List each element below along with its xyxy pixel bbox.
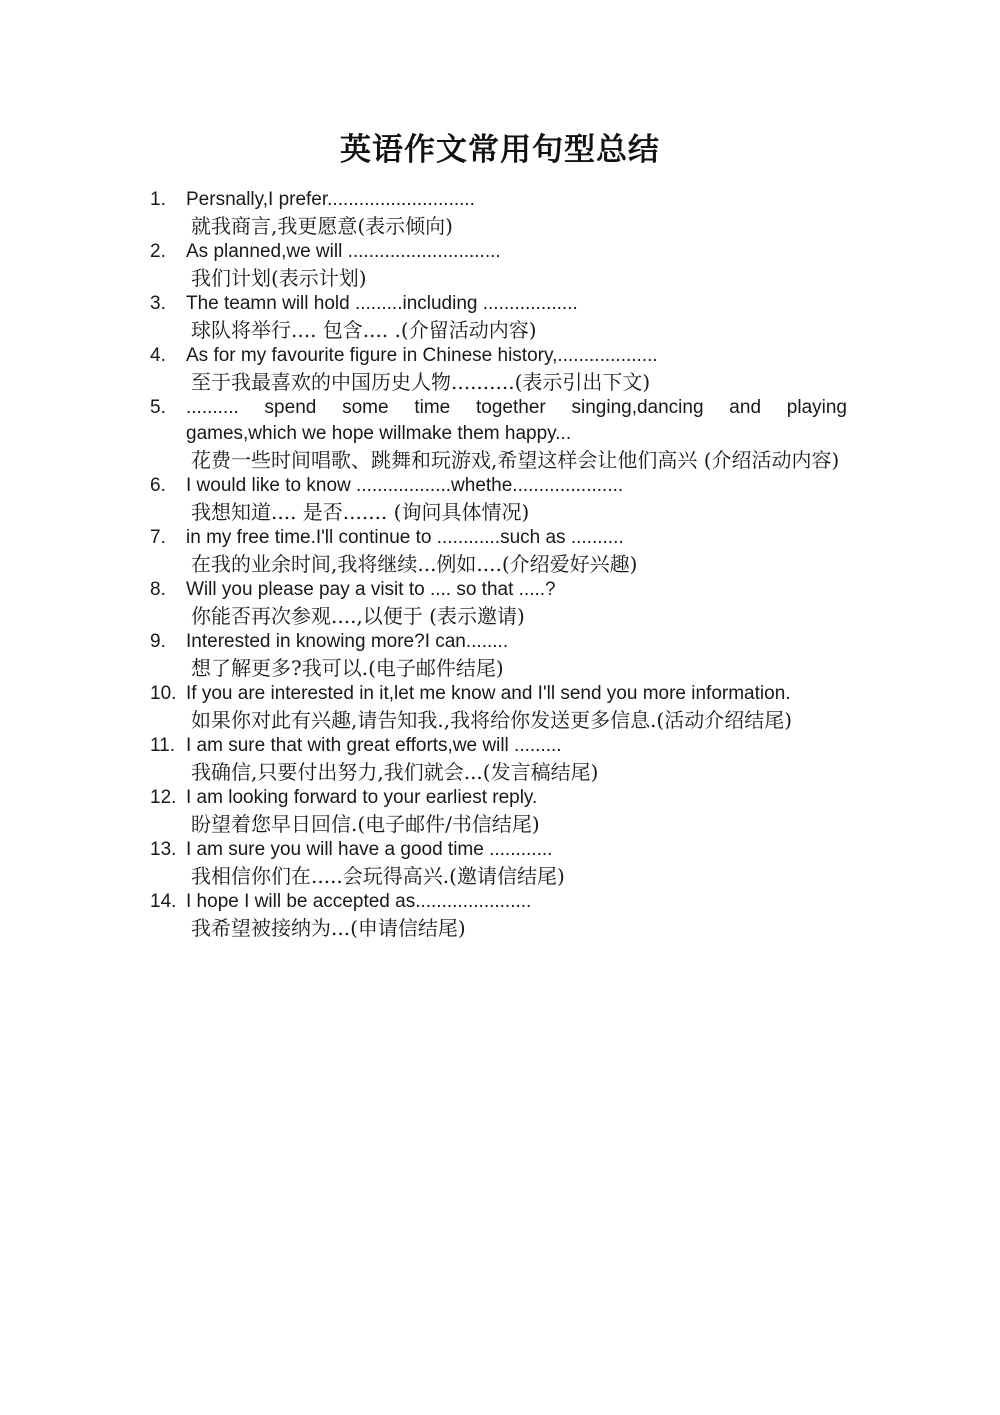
chinese-line: 你能否再次参观....,以便于 (表示邀请) [186, 603, 847, 629]
english-line: I am sure that with great efforts,we wil… [186, 733, 847, 759]
item-content: I am sure you will have a good time ....… [186, 837, 847, 889]
list-item: 11. I am sure that with great efforts,we… [150, 733, 850, 785]
item-content: I would like to know ..................w… [186, 473, 847, 525]
chinese-line: 我希望被接纳为...(申请信结尾) [186, 915, 847, 941]
list-item: 6. I would like to know ................… [150, 473, 850, 525]
english-line: I hope I will be accepted as............… [186, 889, 847, 915]
item-content: in my free time.I'll continue to .......… [186, 525, 847, 577]
english-line: in my free time.I'll continue to .......… [186, 525, 847, 551]
list-item: 12. I am looking forward to your earlies… [150, 785, 850, 837]
item-number: 8. [150, 577, 186, 603]
chinese-line: 就我商言,我更愿意(表示倾向) [186, 213, 847, 239]
english-line: The teamn will hold .........including .… [186, 291, 847, 317]
chinese-line: 我想知道.... 是否....... (询问具体情况) [186, 499, 847, 525]
item-content: Interested in knowing more?I can........… [186, 629, 847, 681]
item-content: .......... spend some time together sing… [186, 395, 847, 473]
item-content: I am looking forward to your earliest re… [186, 785, 847, 837]
chinese-line: 盼望着您早日回信.(电子邮件/书信结尾) [186, 811, 847, 837]
item-content: If you are interested in it,let me know … [186, 681, 847, 733]
item-content: I am sure that with great efforts,we wil… [186, 733, 847, 785]
item-number: 5. [150, 395, 186, 421]
english-line: I would like to know ..................w… [186, 473, 847, 499]
english-line: As planned,we will .....................… [186, 239, 847, 265]
item-number: 13. [150, 837, 186, 863]
list-item: 2. As planned,we will ..................… [150, 239, 850, 291]
list-item: 3. The teamn will hold .........includin… [150, 291, 850, 343]
chinese-line: 花费一些时间唱歌、跳舞和玩游戏,希望这样会让他们高兴 (介绍活动内容) [186, 447, 847, 473]
item-number: 9. [150, 629, 186, 655]
item-number: 11. [150, 733, 186, 759]
item-content: Will you please pay a visit to .... so t… [186, 577, 847, 629]
english-line: As for my favourite figure in Chinese hi… [186, 343, 847, 369]
item-content: I hope I will be accepted as............… [186, 889, 847, 941]
chinese-line: 我们计划(表示计划) [186, 265, 847, 291]
chinese-line: 在我的业余时间,我将继续...例如....(介绍爱好兴趣) [186, 551, 847, 577]
list-item: 1. Persnally,I prefer...................… [150, 187, 850, 239]
chinese-line: 至于我最喜欢的中国历史人物..........(表示引出下文) [186, 369, 847, 395]
item-number: 10. [150, 681, 186, 707]
item-number: 1. [150, 187, 186, 213]
item-content: The teamn will hold .........including .… [186, 291, 847, 343]
item-content: As planned,we will .....................… [186, 239, 847, 291]
item-number: 14. [150, 889, 186, 915]
english-line: I am looking forward to your earliest re… [186, 785, 847, 811]
chinese-line: 球队将举行.... 包含.... .(介留活动内容) [186, 317, 847, 343]
page-title: 英语作文常用句型总结 [0, 0, 1000, 170]
english-line: Interested in knowing more?I can........ [186, 629, 847, 655]
chinese-line: 我相信你们在.....会玩得高兴.(邀请信结尾) [186, 863, 847, 889]
english-line: .......... spend some time together sing… [186, 395, 847, 421]
chinese-line: 如果你对此有兴趣,请告知我.,我将给你发送更多信息.(活动介绍结尾) [186, 707, 847, 733]
item-content: As for my favourite figure in Chinese hi… [186, 343, 847, 395]
english-line: games,which we hope willmake them happy.… [186, 421, 847, 447]
item-number: 4. [150, 343, 186, 369]
list-item: 14. I hope I will be accepted as........… [150, 889, 850, 941]
chinese-line: 我确信,只要付出努力,我们就会...(发言稿结尾) [186, 759, 847, 785]
item-content: Persnally,I prefer......................… [186, 187, 847, 239]
document-page: 英语作文常用句型总结 1. Persnally,I prefer........… [0, 0, 1000, 1415]
chinese-line: 想了解更多?我可以.(电子邮件结尾) [186, 655, 847, 681]
list-item: 7. in my free time.I'll continue to ....… [150, 525, 850, 577]
numbered-list: 1. Persnally,I prefer...................… [0, 187, 850, 941]
item-number: 7. [150, 525, 186, 551]
list-item: 13. I am sure you will have a good time … [150, 837, 850, 889]
item-number: 3. [150, 291, 186, 317]
english-line: I am sure you will have a good time ....… [186, 837, 847, 863]
item-number: 12. [150, 785, 186, 811]
english-line: Will you please pay a visit to .... so t… [186, 577, 847, 603]
list-item: 5. .......... spend some time together s… [150, 395, 850, 473]
list-item: 4. As for my favourite figure in Chinese… [150, 343, 850, 395]
english-line: If you are interested in it,let me know … [186, 681, 847, 707]
item-number: 6. [150, 473, 186, 499]
list-item: 10. If you are interested in it,let me k… [150, 681, 850, 733]
item-number: 2. [150, 239, 186, 265]
list-item: 8. Will you please pay a visit to .... s… [150, 577, 850, 629]
list-item: 9. Interested in knowing more?I can.....… [150, 629, 850, 681]
english-line: Persnally,I prefer......................… [186, 187, 847, 213]
